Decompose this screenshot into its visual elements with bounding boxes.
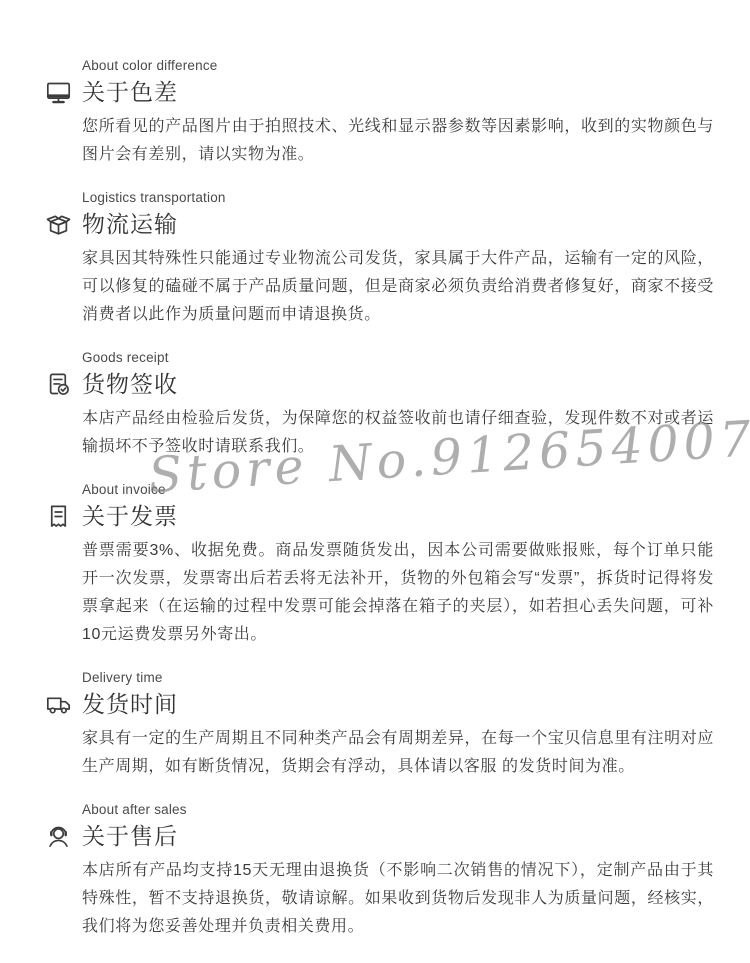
section-body: 您所看见的产品图片由于拍照技术、光线和显示器参数等因素影响，收到的实物颜色与图片… <box>82 113 714 169</box>
section-body: 家具有一定的生产周期且不同种类产品会有周期差异，在每一个宝贝信息里有注明对应生产… <box>82 725 714 781</box>
section-title: 发货时间 <box>82 689 178 719</box>
section-delivery-time: Delivery time 发货时间 家具有一定的生产周期且不同种类产品会有周期… <box>82 670 714 781</box>
package-box-icon <box>44 210 72 238</box>
section-body: 本店产品经由检验后发货，为保障您的权益签收前也请仔细查验，发现件数不对或者运输损… <box>82 405 714 461</box>
section-en-label: Delivery time <box>82 670 714 686</box>
section-title: 关于发票 <box>82 501 178 531</box>
receipt-icon <box>44 502 72 530</box>
section-body: 家具因其特殊性只能通过专业物流公司发货，家具属于大件产品，运输有一定的风险，可以… <box>82 245 714 329</box>
section-body: 本店所有产品均支持15天无理由退换货（不影响二次销售的情况下），定制产品由于其特… <box>82 857 714 941</box>
section-after-sales: About after sales 关于售后 本店所有产品均支持15天无理由退换… <box>82 802 714 941</box>
section-en-label: About after sales <box>82 802 714 818</box>
document-check-icon <box>44 370 72 398</box>
section-en-label: Logistics transportation <box>82 190 714 206</box>
section-body: 普票需要3%、收据免费。商品发票随货发出，因本公司需要做账报账，每个订单只能开一… <box>82 537 714 649</box>
section-title: 关于色差 <box>82 77 178 107</box>
section-title: 物流运输 <box>82 209 178 239</box>
section-title-row: 货物签收 <box>82 369 714 399</box>
section-title: 关于售后 <box>82 821 178 851</box>
section-title-row: 关于色差 <box>82 77 714 107</box>
section-title-row: 关于售后 <box>82 821 714 851</box>
section-title-row: 发货时间 <box>82 689 714 719</box>
section-color-difference: About color difference 关于色差 您所看见的产品图片由于拍… <box>82 58 714 169</box>
section-logistics: Logistics transportation 物流运输 家具因其特殊性只能通… <box>82 190 714 329</box>
section-en-label: About invoice <box>82 482 714 498</box>
section-invoice: About invoice 关于发票 普票需要3%、收据免费。商品发票随货发出，… <box>82 482 714 649</box>
section-title-row: 物流运输 <box>82 209 714 239</box>
monitor-icon <box>44 78 72 106</box>
delivery-truck-icon <box>44 690 72 718</box>
section-title: 货物签收 <box>82 369 178 399</box>
section-title-row: 关于发票 <box>82 501 714 531</box>
customer-service-icon <box>44 822 72 850</box>
section-en-label: Goods receipt <box>82 350 714 366</box>
section-en-label: About color difference <box>82 58 714 74</box>
product-info-page: About color difference 关于色差 您所看见的产品图片由于拍… <box>0 0 750 941</box>
section-goods-receipt: Goods receipt 货物签收 本店产品经由检验后发货，为保障您的权益签收… <box>82 350 714 461</box>
